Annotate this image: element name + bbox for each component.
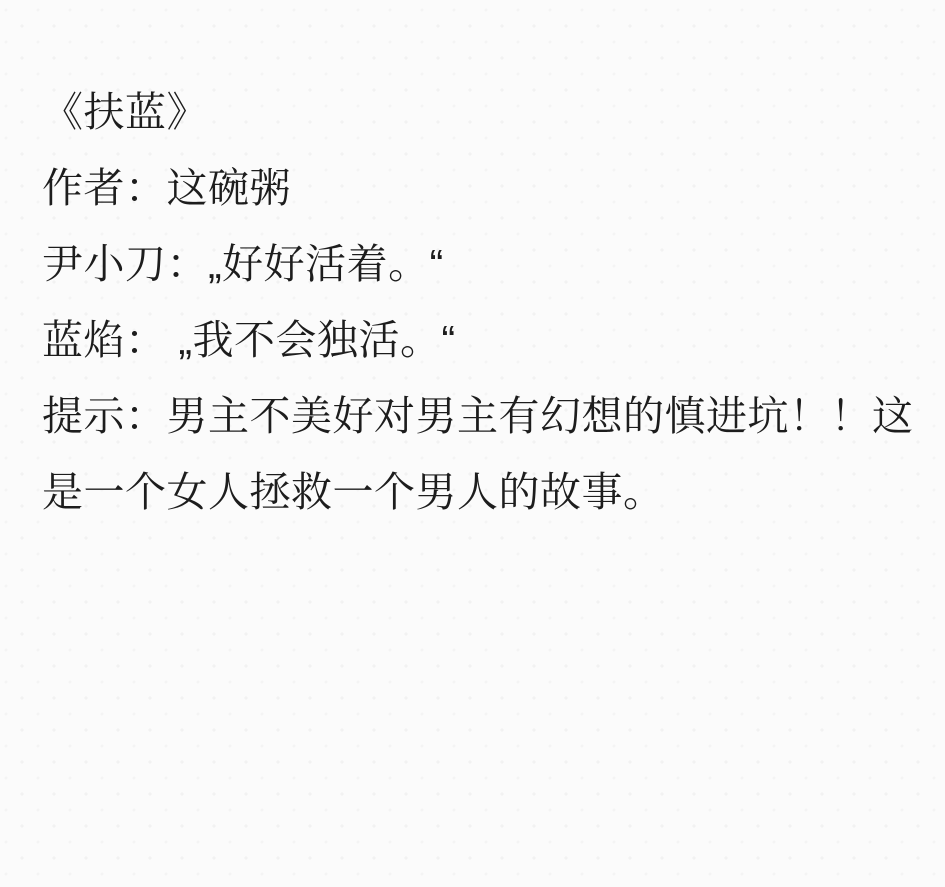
character-quote-line-1: 尹小刀：„好好活着。“ (42, 226, 915, 302)
text-page: 《扶蓝》 作者：这碗粥 尹小刀：„好好活着。“ 蓝焰： „我不会独活。“ 提示：… (0, 0, 945, 887)
notice-line-1: 提示：男主不美好对男主有幻想的慎进坑！！这 (42, 378, 915, 454)
character-quote-line-2: 蓝焰： „我不会独活。“ (42, 302, 915, 378)
author-line: 作者：这碗粥 (42, 150, 915, 226)
notice-line-2: 是一个女人拯救一个男人的故事。 (42, 454, 915, 530)
book-title: 《扶蓝》 (42, 74, 915, 150)
